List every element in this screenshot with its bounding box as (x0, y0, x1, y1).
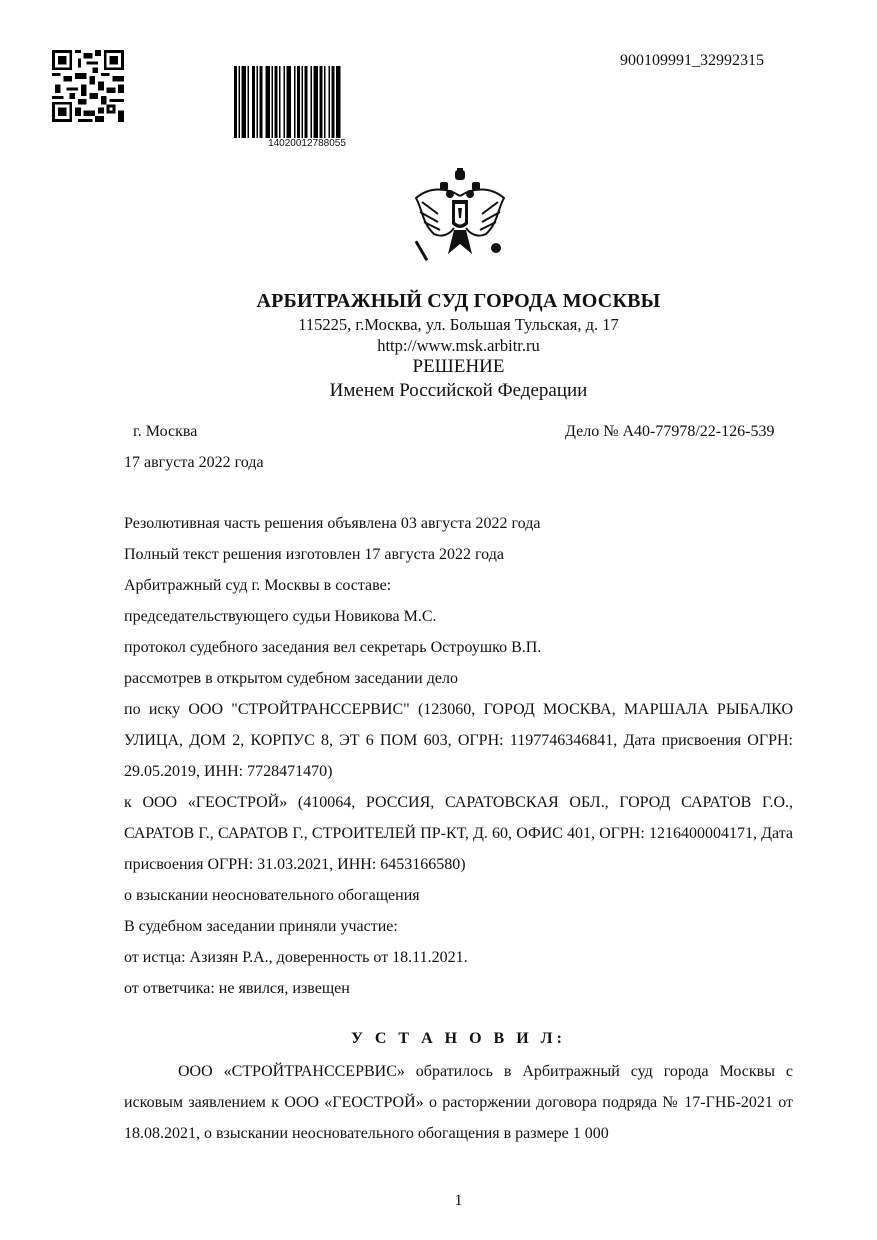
document-subtitle: Именем Российской Федерации (0, 380, 877, 402)
intro-line: Полный текст решения изготовлен 17 авгус… (124, 539, 793, 570)
court-name: АРБИТРАЖНЫЙ СУД ГОРОДА МОСКВЫ (0, 290, 877, 313)
barcode-icon (234, 66, 380, 138)
plaintiff-info: по иску ООО "СТРОЙТРАНССЕРВИС" (123060, … (124, 694, 793, 787)
intro-line: Резолютивная часть решения объявлена 03 … (124, 508, 793, 539)
document-id: 900109991_32992315 (620, 52, 764, 70)
qr-code-icon (52, 50, 124, 122)
section-heading: У С Т А Н О В И Л: (0, 1030, 877, 1048)
intro-line: председательствующего судьи Новикова М.С… (124, 601, 793, 632)
city: г. Москва (133, 423, 197, 441)
court-address: 115225, г.Москва, ул. Большая Тульская, … (0, 315, 877, 335)
page-number: 1 (0, 1192, 877, 1210)
participants-line: от истца: Азизян Р.А., доверенность от 1… (124, 942, 793, 973)
decision-date: 17 августа 2022 года (124, 454, 264, 472)
participants-line: В судебном заседании приняли участие: (124, 911, 793, 942)
intro-line: Арбитражный суд г. Москвы в составе: (124, 570, 793, 601)
case-number: Дело № А40-77978/22-126-539 (565, 423, 774, 441)
intro-line: рассмотрев в открытом судебном заседании… (124, 663, 793, 694)
barcode-number: 14020012788055 (234, 138, 380, 149)
body-paragraph: ООО «СТРОЙТРАНССЕРВИС» обратилось в Арби… (124, 1056, 793, 1149)
defendant-info: к ООО «ГЕОСТРОЙ» (410064, РОССИЯ, САРАТО… (124, 787, 793, 880)
court-url[interactable]: http://www.msk.arbitr.ru (0, 336, 877, 356)
participants-line: о взыскании неосновательного обогащения (124, 880, 793, 911)
coat-of-arms-icon (408, 168, 512, 268)
participants-line: от ответчика: не явился, извещен (124, 973, 793, 1004)
intro-block: Резолютивная часть решения объявлена 03 … (124, 508, 793, 1004)
document-type: РЕШЕНИЕ (0, 356, 877, 378)
intro-line: протокол судебного заседания вел секрета… (124, 632, 793, 663)
